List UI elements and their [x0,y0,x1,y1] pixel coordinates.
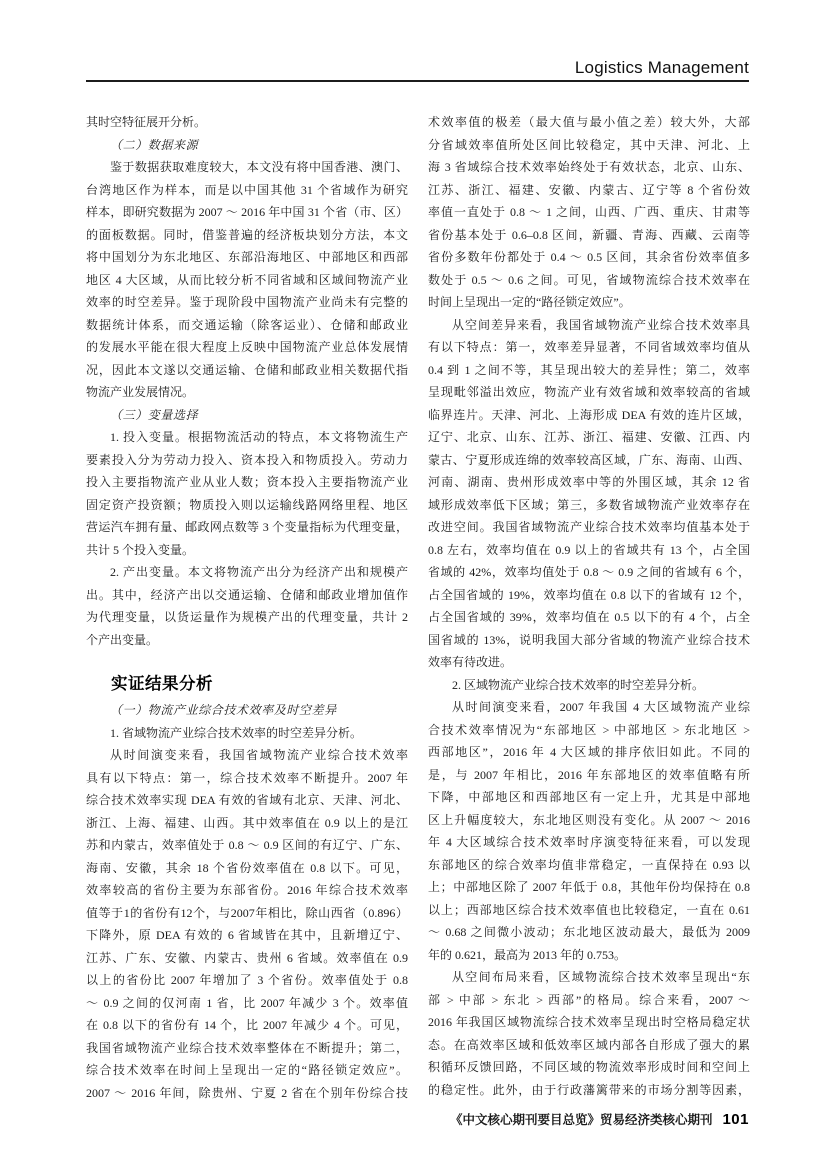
text-line: 投入主要指物流产业从业人数；资本投入主要指物流产业 [86,471,408,494]
text-line: 时间上呈现出一定的“路径锁定效应”。 [428,291,750,314]
text-line: 况，因此本文遂以交通运输、仓储和邮政业相关数据代指 [86,359,408,382]
right-column: 术效率值的极差（最大值与最小值之差）较大外，大部分省域效率值所处区间比较稳定，其… [428,111,750,1104]
text-line: 东部地区的综合效率均值非常稳定，一直保持在 0.93 以 [428,854,750,877]
text-line: 的面板数据。同时，借鉴普遍的经济板块划分方法，本文 [86,224,408,247]
text-line: 域形成效率低下区域；第三，多数省域物流产业效率存在 [428,494,750,517]
text-line: 的稳定性。此外，由于行政藩篱带来的市场分割等因素， [428,1079,750,1102]
text-line: 综合技术效率在时间上呈现出一定的“路径锁定效应”。 [86,1059,408,1082]
text-line: 分省域效率值所处区间比较稳定，其中天津、河北、上 [428,134,750,157]
subsection-heading: （二）数据来源 [86,134,408,157]
text-line: 积循环反馈回路，不同区域的物流效率形成时间和空间上 [428,1056,750,1079]
left-column: 其时空特征展开分析。（二）数据来源鉴于数据获取难度较大，本文没有将中国香港、澳门… [86,111,408,1104]
text-line: 苏和内蒙古，效率值处于 0.8 ～ 0.9 区间的有辽宁、广东、 [86,834,408,857]
text-line: 将中国划分为东北地区、东部沿海地区、中部地区和西部 [86,246,408,269]
text-line: 具有以下特点：第一，综合技术效率不断提升。2007 年 [86,767,408,790]
section-heading: 实证结果分析 [86,672,408,696]
text-line: 河南、湖南、贵州形成效率中等的外围区域，其余 12 省 [428,471,750,494]
text-line: 个产出变量。 [86,629,408,652]
text-line: 改进空间。我国省域物流产业综合技术效率均值基本处于 [428,516,750,539]
text-line: 0.4 到 1 之间不等，其呈现出较大的差异性；第二，效率 [428,359,750,382]
text-line: 是，与 2007 年相比，2016 年东部地区的效率值略有所 [428,764,750,787]
text-line: 合技术效率情况为“东部地区 > 中部地区 > 东北地区 > [428,719,750,742]
text-line: 态。在高效率区域和低效率区域内部各自形成了强大的累 [428,1034,750,1057]
text-line: 江苏、浙江、福建、安徽、内蒙古、辽宁等 8 个省份效 [428,179,750,202]
text-line: 从空间布局来看，区域物流综合技术效率呈现出“东 [428,966,750,989]
journal-page: Logistics Management 其时空特征展开分析。（二）数据来源鉴于… [0,0,827,1169]
text-line: 数据统计体系，而交通运输（除客运业）、仓储和邮政业 [86,314,408,337]
text-line: 从时间演变来看，我国省域物流产业综合技术效率 [86,744,408,767]
text-line: 出。其中，经济产出以交通运输、仓储和邮政业增加值作 [86,584,408,607]
running-head-title: Logistics Management [575,58,749,78]
text-line: 蒙古、宁夏形成连绵的效率较高区域，广东、海南、山西、 [428,449,750,472]
text-line: 鉴于数据获取难度较大，本文没有将中国香港、澳门、 [86,156,408,179]
text-line: 台湾地区作为样本，而是以中国其他 31 个省域作为研究 [86,179,408,202]
text-line: 1. 省域物流产业综合技术效率的时空差异分析。 [86,722,408,745]
subsection-heading: （三）变量选择 [86,404,408,427]
text-line: 呈现毗邻溢出效应，物流产业有效省域和效率较高的省域 [428,381,750,404]
text-line: 在 0.8 以下的省份有 14 个，比 2007 年减少 4 个。可见， [86,1014,408,1037]
text-line: 物流产业发展情况。 [86,381,408,404]
text-line: 效率较高的省份主要为东部省份。2016 年综合技术效率 [86,879,408,902]
text-line: 西部地区”，2016 年 4 大区域的排序依旧如此。不同的 [428,741,750,764]
text-line: 值等于1的省份有12个，与2007年相比，除山西省（0.896） [86,902,408,925]
text-line: 海 3 省域综合技术效率始终处于有效状态，北京、山东、 [428,156,750,179]
text-line: 2016 年我国区域物流综合技术效率呈现出时空格局稳定状 [428,1011,750,1034]
article-body: 其时空特征展开分析。（二）数据来源鉴于数据获取难度较大，本文没有将中国香港、澳门… [86,111,750,1104]
text-line: 其时空特征展开分析。 [86,111,408,134]
text-line: 临界连片。天津、河北、上海形成 DEA 有效的连片区域， [428,404,750,427]
text-line: 2. 区域物流产业综合技术效率的时空差异分析。 [428,674,750,697]
text-line: 省份多数年份都处于 0.4 ～ 0.5 区间，其余省份效率值多 [428,246,750,269]
text-line: 从空间差异来看，我国省域物流产业综合技术效率具 [428,314,750,337]
text-line: 我国省域物流产业综合技术效率整体在不断提升；第二， [86,1037,408,1060]
text-line: 术效率值的极差（最大值与最小值之差）较大外，大部 [428,111,750,134]
text-line: 0.8 左右，效率均值在 0.9 以上的省域共有 13 个，占全国 [428,539,750,562]
text-line: 2007 ～ 2016 年间，除贵州、宁夏 2 省在个别年份综合技 [86,1082,408,1105]
text-line: 辽宁、北京、山东、江苏、浙江、福建、安徽、江西、内 [428,426,750,449]
text-line: 固定资产投资额；物质投入则以运输线路网络里程、地区 [86,494,408,517]
text-line: 国省域的 13%，说明我国大部分省域的物流产业综合技术 [428,629,750,652]
text-line: 为代理变量，以货运量作为规模产出的代理变量，共计 2 [86,606,408,629]
text-line: 率值一直处于 0.8 ～ 1 之间，山西、广西、重庆、甘肃等 [428,201,750,224]
text-line: 要素投入分为劳动力投入、资本投入和物质投入。劳动力 [86,449,408,472]
text-line: 2. 产出变量。本文将物流产出分为经济产出和规模产 [86,561,408,584]
page-number: 101 [722,1111,749,1128]
text-line: 共计 5 个投入变量。 [86,539,408,562]
text-line: 有以下特点：第一，效率差异显著，不同省域效率均值从 [428,336,750,359]
text-line: 区上升幅度较大，东北地区则没有变化。从 2007 ～ 2016 [428,809,750,832]
text-line: 下降外，原 DEA 有效的 6 省域皆在其中，且新增辽宁、 [86,924,408,947]
text-line: 省域的 42%，效率均值处于 0.8 ～ 0.9 之间的省域有 6 个， [428,561,750,584]
text-line: 1. 投入变量。根据物流活动的特点，本文将物流生产 [86,426,408,449]
text-line: 江苏、广东、安徽、内蒙古、贵州 6 省域。效率值在 0.9 [86,947,408,970]
text-line: 营运汽车拥有量、邮政网点数等 3 个变量指标为代理变量， [86,516,408,539]
text-line: 占全国省域的 19%，效率均值在 0.8 以下的省域有 12 个， [428,584,750,607]
text-line: 年的 0.621，最高为 2013 年的 0.753。 [428,944,750,967]
text-line: 数处于 0.5 ～ 0.6 之间。可见，省域物流综合技术效率在 [428,269,750,292]
text-line: 省份基本处于 0.6–0.8 区间，新疆、青海、西藏、云南等 [428,224,750,247]
journal-note: 《中文核心期刊要目总览》贸易经济类核心期刊 [450,1110,713,1128]
text-line: 的发展水平能在很大程度上反映中国物流产业总体发展情 [86,336,408,359]
text-line: 部 > 中部 > 东北 > 西部”的格局。综合来看，2007 ～ [428,989,750,1012]
text-line: 下降，中部地区和西部地区有一定上升，尤其是中部地 [428,786,750,809]
text-line: 年 4 大区域综合技术效率时序演变特征来看，可以发现 [428,831,750,854]
text-line: 样本，即研究数据为 2007 ～ 2016 年中国 31 个省（市、区） [86,201,408,224]
text-line: 以上；西部地区综合技术效率值也比较稳定，一直在 0.61 [428,899,750,922]
text-line: ～ 0.68 之间微小波动；东北地区波动最大，最低为 2009 [428,921,750,944]
subsection-heading: （一）物流产业综合技术效率及时空差异 [86,699,408,722]
text-line: 占全国省域的 39%，效率均值在 0.5 以下的有 4 个，占全 [428,606,750,629]
page-footer: 《中文核心期刊要目总览》贸易经济类核心期刊 101 [450,1110,749,1128]
text-line: ～ 0.9 之间的仅河南 1 省，比 2007 年减少 3 个。效率值 [86,992,408,1015]
text-line: 上；中部地区除了 2007 年低于 0.8，其他年份均保持在 0.8 [428,876,750,899]
text-line: 效率的时空差异。鉴于现阶段中国物流产业尚未有完整的 [86,291,408,314]
text-line: 地区 4 大区域，从而比较分析不同省域和区域间物流产业 [86,269,408,292]
text-line: 效率有待改进。 [428,651,750,674]
text-line: 浙江、上海、福建、山西。其中效率值在 0.9 以上的是江 [86,812,408,835]
text-line: 以上的省份比 2007 年增加了 3 个省份。效率值处于 0.8 [86,969,408,992]
text-line: 从时间演变来看，2007 年我国 4 大区域物流产业综 [428,696,750,719]
text-line: 海南、安徽，其余 18 个省份效率值在 0.8 以下。可见， [86,857,408,880]
text-line: 综合技术效率实现 DEA 有效的省域有北京、天津、河北、 [86,789,408,812]
header-rule [86,80,749,82]
